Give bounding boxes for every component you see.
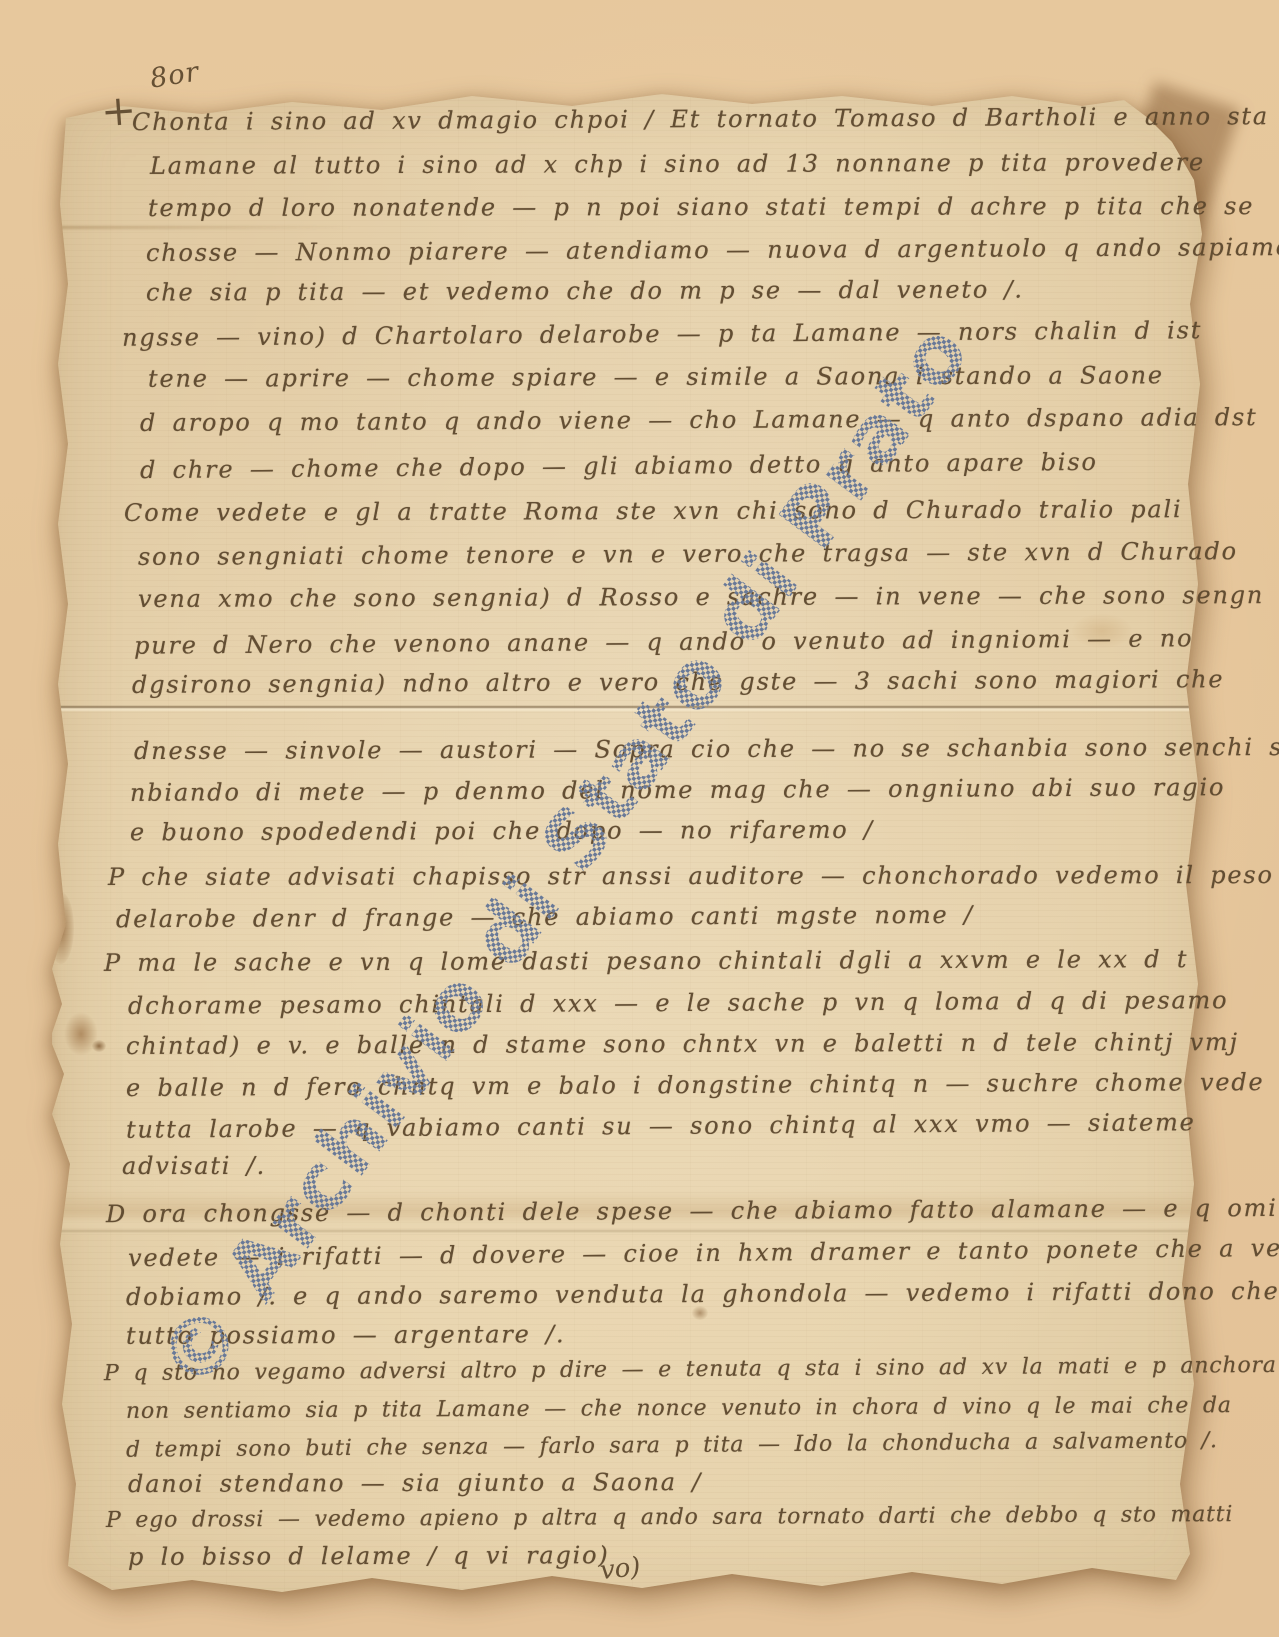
handwriting-line: Chonta i sino ad xv dmagio chpoi / Et to… <box>132 102 1279 136</box>
fold-crease-middle <box>52 706 1218 711</box>
handwriting-line: tene — aprire — chome spiare — e simile … <box>148 361 1164 393</box>
ink-spot-stain <box>692 1306 708 1320</box>
handwriting-line: p lo bisso d lelame / q vi ragio) <box>128 1541 610 1571</box>
handwriting-line: advisati /. <box>122 1152 266 1180</box>
ink-spot-stain <box>92 1040 106 1052</box>
handwriting-line: dchorame pesamo chintali d xxx — e le sa… <box>128 986 1228 1020</box>
handwriting-line: chintad) e v. e balle n d stame sono chn… <box>126 1028 1239 1060</box>
handwriting-line: dgsirono sengnia) ndno altro e vero che … <box>132 665 1225 699</box>
handwriting-line: sono sengniati chome tenore e vn e vero … <box>138 537 1238 571</box>
scanned-document-background: + 8or Chonta i sino ad xv dmagio chpoi /… <box>0 0 1279 1637</box>
edge-damage-stain <box>48 892 74 964</box>
edge-damage-stain <box>64 1012 98 1056</box>
handwriting-line: P ma le sache e vn q lome dasti pesano c… <box>104 945 1188 977</box>
handwriting-line: d aropo q mo tanto q ando viene — cho La… <box>140 403 1258 437</box>
handwriting-line: Come vedete e gl a tratte Roma ste xvn c… <box>124 495 1183 527</box>
handwriting-line: dnesse — sinvole — austori — Sopra cio c… <box>134 733 1279 765</box>
fold-crease-lower-line <box>52 1230 1218 1232</box>
handwriting-line: tutto possiamo — argentare /. <box>126 1320 565 1350</box>
handwriting-line: tempo d loro nonatende — p n poi siano s… <box>148 192 1254 222</box>
handwriting-line: Lamane al tutto i sino ad x chp i sino a… <box>150 148 1205 180</box>
handwriting-line: e balle n d fero chntq vm e balo i dongs… <box>126 1068 1265 1102</box>
handwriting-line: nbiando di mete — p denmo del nome mag c… <box>130 773 1225 807</box>
handwriting-line: delarobe denr d frange — che abiamo cant… <box>116 901 974 933</box>
handwriting-line: che sia p tita — et vedemo che do m p se… <box>146 275 1024 306</box>
handwriting-line: P che siate advisati chapisso str anssi … <box>108 861 1274 891</box>
fold-crease-top <box>52 226 352 229</box>
handwriting-line: danoi stendano — sia giunto a Saona / <box>128 1468 702 1498</box>
handwriting-line: chosse — Nonmo piarere — atendiamo — nuo… <box>146 233 1279 267</box>
footer-notation: vo) <box>599 1552 642 1586</box>
handwriting-line: vena xmo che sono sengnia) d Rosso e sac… <box>138 581 1264 613</box>
handwriting-line: e buono spodedendi poi che dopo — no rif… <box>130 816 874 847</box>
